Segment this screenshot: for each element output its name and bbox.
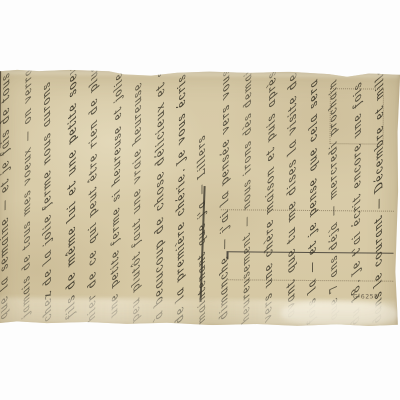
- handwriting-line: avant que tu me dises la visite de: [284, 73, 299, 318]
- handwriting-line: heureusement — nous irons dès demain: [240, 61, 255, 321]
- handwriting-line: dimanche — j'ai la pensée vers vous: [218, 68, 233, 318]
- handwriting-line: une petite ferme si heureuse et jolie: [108, 72, 126, 316]
- handwriting-line: que 7 ans déjà — mercredi prochain: [327, 80, 341, 320]
- handwriting-line: peu plutôt faut une vraie heureuse: [130, 82, 145, 321]
- handwriting-line: dans le courant — Décembre et mille: [372, 66, 387, 321]
- handwriting-line: du 18. Je t'ai écrit encore une fois: [350, 82, 365, 323]
- handwriting-line: chez de la jolie ferme nous aurons: [41, 82, 55, 321]
- handwriting-line: jamais de tous mes voeux — on verra: [20, 68, 35, 316]
- handwriting-line: que la semaine — et je fais de tous: [0, 73, 13, 320]
- handwriting-line: vers une chère maison et puis après: [262, 70, 279, 320]
- postcard-photo: G 6258 que la semaine — et je fais de to…: [0, 68, 400, 328]
- handwriting-line: fils de même lui et une petite soeur: [64, 59, 79, 318]
- scan-background: G 6258 que la semaine — et je fais de to…: [0, 0, 400, 400]
- handwriting-line: de la première chérie. Je vous écris: [174, 74, 189, 322]
- paper-abrasion-patch: [281, 302, 399, 326]
- handwriting-line: hier de ce qui peut être rien de plus: [86, 64, 101, 320]
- paper-abrasion-top-edge: [0, 68, 400, 77]
- handwriting-line: maintenant que j'a — Lillers: [196, 135, 209, 323]
- handwriting-line: à beaucoup de chose délicieux et si: [152, 65, 167, 320]
- handwriting-line: fois la — et je pense que cela sera: [306, 79, 321, 322]
